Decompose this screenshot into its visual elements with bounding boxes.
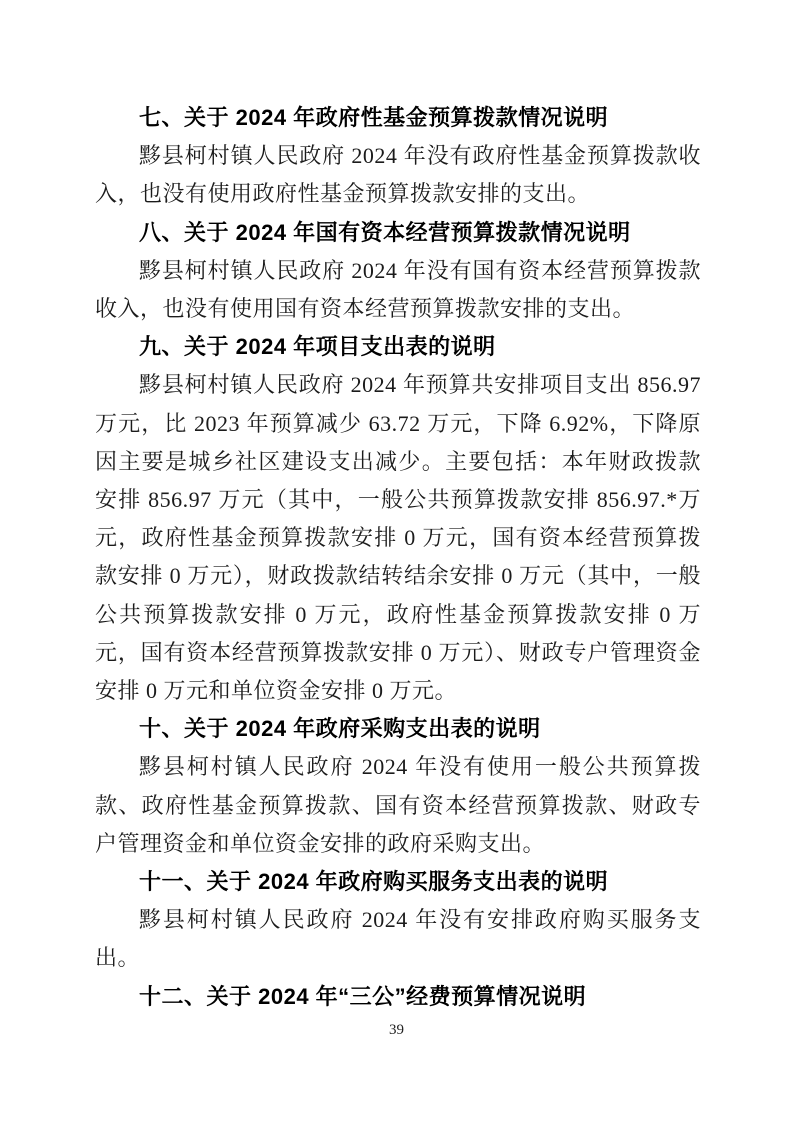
section-11-paragraph: 黟县柯村镇人民政府 2024 年没有安排政府购买服务支出。 — [95, 901, 701, 977]
section-10-paragraph: 黟县柯村镇人民政府 2024 年没有使用一般公共预算拨款、政府性基金预算拨款、国… — [95, 748, 701, 863]
section-8-paragraph: 黟县柯村镇人民政府 2024 年没有国有资本经营预算拨款收入，也没有使用国有资本… — [95, 252, 701, 328]
page-number: 39 — [0, 1021, 793, 1039]
section-11-heading: 十一、关于 2024 年政府购买服务支出表的说明 — [95, 863, 701, 901]
document-page: 七、关于 2024 年政府性基金预算拨款情况说明 黟县柯村镇人民政府 2024 … — [0, 0, 793, 1122]
section-7-heading: 七、关于 2024 年政府性基金预算拨款情况说明 — [95, 99, 701, 137]
document-body: 七、关于 2024 年政府性基金预算拨款情况说明 黟县柯村镇人民政府 2024 … — [95, 99, 701, 1016]
section-8-heading: 八、关于 2024 年国有资本经营预算拨款情况说明 — [95, 214, 701, 252]
section-9-heading: 九、关于 2024 年项目支出表的说明 — [95, 328, 701, 366]
section-7-paragraph: 黟县柯村镇人民政府 2024 年没有政府性基金预算拨款收入，也没有使用政府性基金… — [95, 137, 701, 213]
section-12-heading: 十二、关于 2024 年“三公”经费预算情况说明 — [95, 978, 701, 1016]
section-10-heading: 十、关于 2024 年政府采购支出表的说明 — [95, 710, 701, 748]
section-9-paragraph: 黟县柯村镇人民政府 2024 年预算共安排项目支出 856.97 万元，比 20… — [95, 366, 701, 710]
